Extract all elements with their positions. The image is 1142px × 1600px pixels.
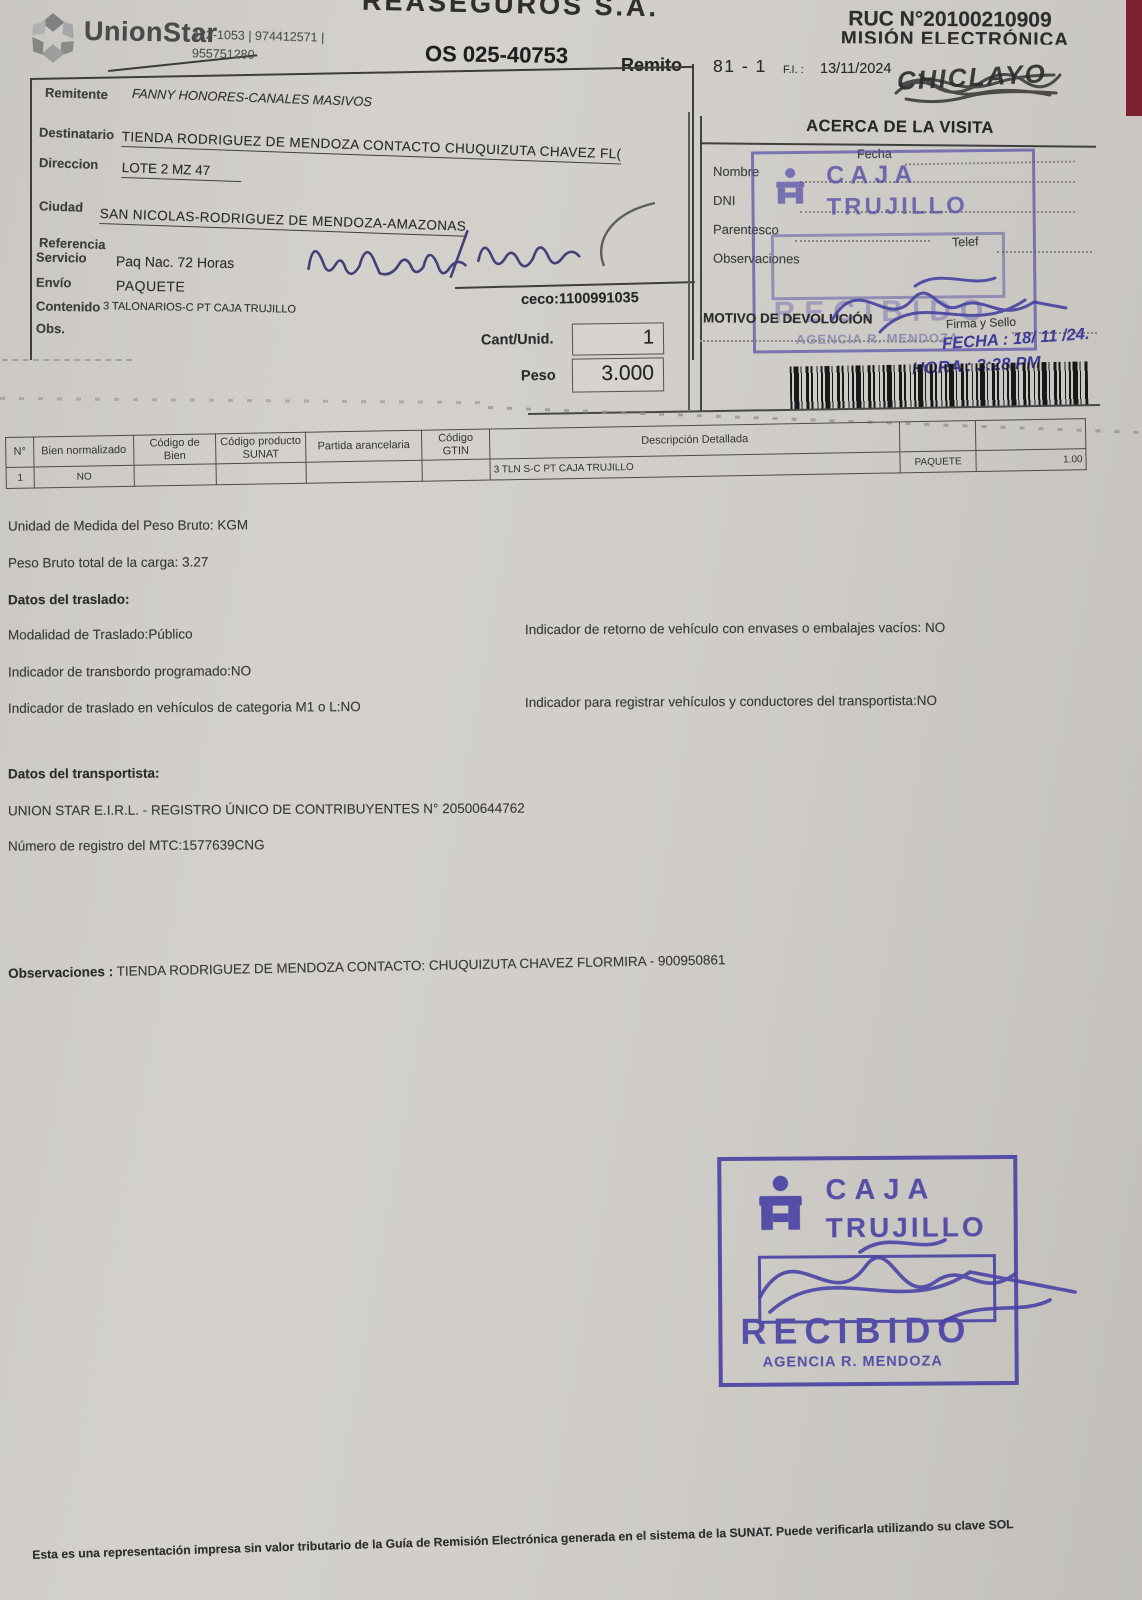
- col-header-bien-normalizado: Bien normalizado: [34, 435, 135, 467]
- background-doc-title: REASEGUROS S.A.: [362, 0, 660, 23]
- datos-traslado-title: Datos del traslado:: [8, 592, 130, 608]
- red-binder-edge: [1126, 0, 1142, 116]
- stamp-caja-text: CAJA: [825, 1174, 936, 1208]
- visit-panel-inner-left-border: [700, 116, 702, 412]
- col-header-gtin: Código GTIN: [421, 429, 490, 460]
- pen-curve-mark: [560, 198, 660, 268]
- modalidad-line: Modalidad de Traslado:Público: [8, 627, 193, 643]
- contenido-label: Contenido: [36, 298, 101, 314]
- peso-bruto-line: Peso Bruto total de la carga: 3.27: [8, 554, 208, 570]
- received-signature-scribble: [740, 1212, 1090, 1347]
- remito-value: 81 - 1: [713, 56, 767, 77]
- visit-title-underline: [700, 142, 1096, 147]
- form-box-left-border: [30, 78, 32, 360]
- stamp-agencia-text: AGENCIA R. MENDOZA: [763, 1353, 943, 1370]
- retorno-line: Indicador de retorno de vehículo con env…: [525, 620, 945, 637]
- unionstar-logo-icon: [26, 11, 80, 65]
- destinatario-value: TIENDA RODRIGUEZ DE MENDOZA CONTACTO CHU…: [121, 129, 621, 164]
- cell-n: 1: [6, 467, 34, 488]
- categoria-line: Indicador de traslado en vehículos de ca…: [8, 699, 361, 716]
- servicio-label: Servicio: [36, 250, 87, 266]
- cant-unid-label: Cant/Unid.: [481, 331, 554, 348]
- visit-stamp-caja-text: CAJA: [826, 161, 918, 191]
- fi-date: 13/11/2024: [820, 61, 892, 77]
- col-header-empty-2: [975, 419, 1086, 451]
- transbordo-line: Indicador de transbordo programado:NO: [8, 663, 251, 679]
- cell-cantidad: 1.00: [976, 449, 1086, 472]
- visit-panel-left-edge: [688, 112, 690, 410]
- mtc-line: Número de registro del MTC:1577639CNG: [8, 837, 265, 853]
- peso-label: Peso: [521, 368, 556, 384]
- barcode-image: [790, 361, 1089, 410]
- col-header-partida: Partida arancelaria: [305, 430, 422, 462]
- observaciones-value: TIENDA RODRIGUEZ DE MENDOZA CONTACTO: CH…: [117, 952, 726, 979]
- col-header-codigo-sunat: Código producto SUNAT: [215, 432, 306, 464]
- footer-disclaimer: Esta es una representación impresa sin v…: [32, 1517, 1014, 1562]
- form-box-right-border: [692, 64, 694, 360]
- observaciones-line: Observaciones : TIENDA RODRIGUEZ DE MEND…: [8, 952, 726, 981]
- fi-label: F.I. :: [783, 64, 804, 76]
- phone-numbers-line2: 955751280: [192, 46, 255, 62]
- datos-transportista-title: Datos del transportista:: [8, 766, 160, 782]
- destinatario-label: Destinatario: [39, 125, 115, 143]
- direccion-value: LOTE 2 MZ 47: [121, 160, 242, 182]
- registrar-line: Indicador para registrar vehículos y con…: [525, 693, 937, 710]
- ruc-subtitle-clipped: MISIÓN ELECTRÓNICA: [800, 28, 1110, 45]
- cell-gtin: [422, 459, 490, 481]
- visit-dni-label: DNI: [713, 193, 736, 208]
- city-crossout-scribble: [890, 55, 1080, 115]
- direccion-label: Direccion: [39, 155, 99, 172]
- ruc-subtitle-text: MISIÓN ELECTRÓNICA: [800, 28, 1110, 45]
- contenido-value: 3 TALONARIOS-C PT CAJA TRUJILLO: [103, 300, 296, 315]
- transportista-ruc-line: UNION STAR E.I.R.L. - REGISTRO ÚNICO DE …: [8, 801, 525, 819]
- cell-codigo-sunat: [216, 463, 306, 486]
- items-table: N° Bien normalizado Código de Bien Códig…: [5, 418, 1087, 489]
- col-header-empty-1: [899, 421, 976, 453]
- ceco-separator-line: [455, 281, 695, 289]
- col-header-n: N°: [6, 437, 35, 468]
- form-box-bottom-dashes: [2, 359, 132, 361]
- cell-codigo-bien: [134, 464, 216, 486]
- remitente-value: FANNY HONORES-CANALES MASIVOS: [132, 86, 372, 109]
- envio-label: Envío: [36, 275, 72, 291]
- reference-handwriting-scribble: [299, 217, 591, 285]
- col-header-codigo-bien: Código de Bien: [133, 434, 216, 466]
- envio-value: PAQUETE: [116, 277, 186, 294]
- visit-caja-trujillo-logo-icon: [770, 166, 810, 212]
- document-page: REASEGUROS S.A. RUC N°20100210909 MISIÓN…: [0, 0, 1142, 1600]
- visit-title: ACERCA DE LA VISITA: [720, 116, 1080, 139]
- cell-unidad: PAQUETE: [900, 451, 976, 473]
- ciudad-label: Ciudad: [39, 198, 84, 215]
- remitente-label: Remitente: [45, 85, 108, 102]
- cut-line-left: [0, 397, 480, 404]
- unidad-medida-line: Unidad de Medida del Peso Bruto: KGM: [8, 517, 248, 533]
- obs-label: Obs.: [36, 321, 65, 337]
- peso-value: 3.000: [572, 361, 654, 386]
- visit-stamp-trujillo-text: TRUJILLO: [826, 192, 968, 221]
- observaciones-label: Observaciones :: [8, 964, 113, 981]
- cell-partida: [306, 461, 422, 484]
- ceco-value: ceco:1100991035: [521, 290, 639, 308]
- servicio-value: Paq Nac. 72 Horas: [116, 253, 235, 271]
- cell-bien-normalizado: NO: [34, 466, 134, 489]
- order-number: OS 025-40753: [425, 41, 568, 69]
- cant-unid-value: 1: [572, 326, 654, 350]
